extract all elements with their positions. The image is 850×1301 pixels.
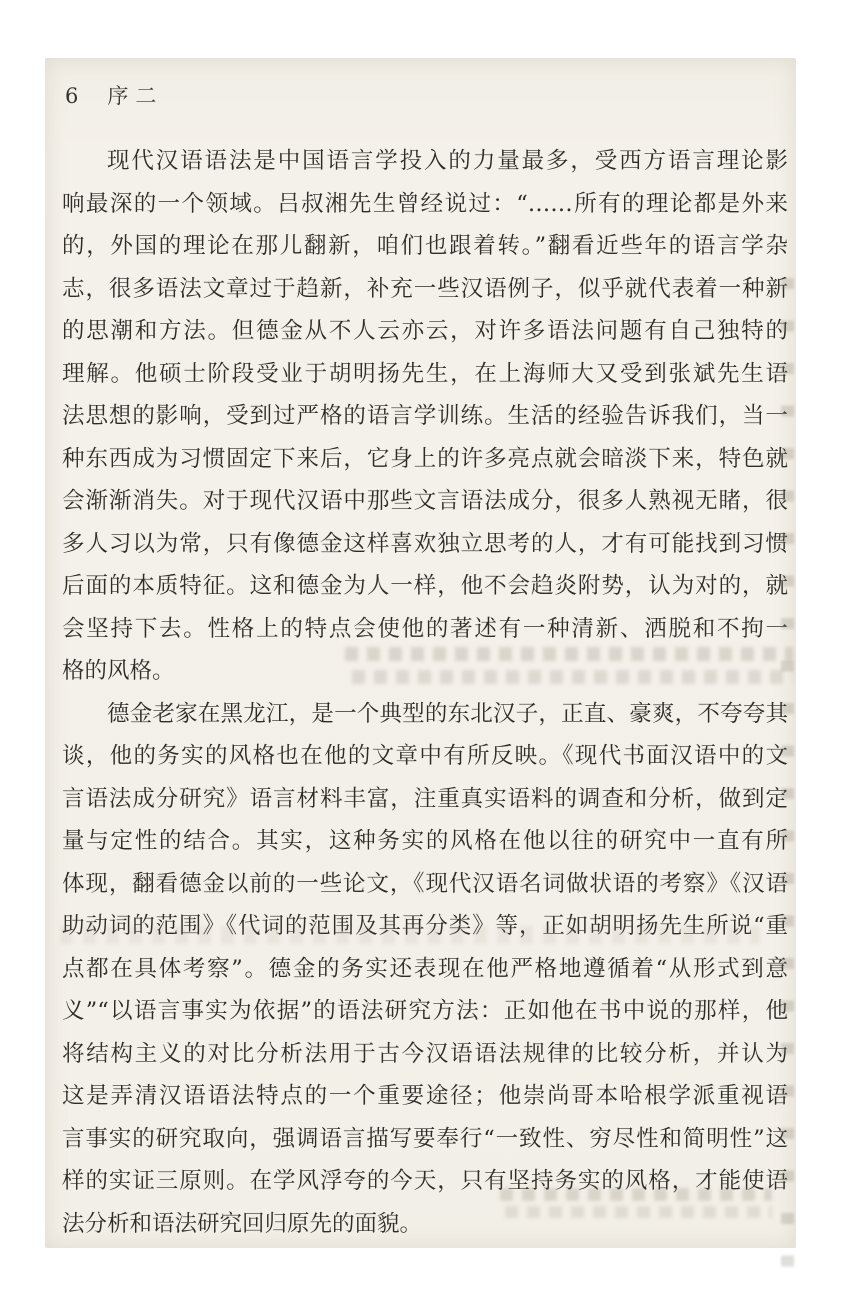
text-line: 义”“以语言事实为依据”的语法研究方法：正如他在书中说的那样，他 xyxy=(62,990,788,1033)
text-line: 格的风格。 xyxy=(62,650,788,693)
text-line: 会坚持下去。性格上的特点会使他的著述有一种清新、洒脱和不拘一 xyxy=(62,608,788,651)
text-line: 法分析和语法研究回归原先的面貌。 xyxy=(62,1203,788,1246)
text-line: 样的实证三原则。在学风浮夸的今天，只有坚持务实的风格，才能使语 xyxy=(62,1160,788,1203)
book-page: 6序二 现代汉语语法是中国语言学投入的力量最多，受西方语言理论影响最深的一个领域… xyxy=(45,58,796,1248)
text-line: 种东西成为习惯固定下来后，它身上的许多亮点就会暗淡下来，特色就 xyxy=(62,438,788,481)
section-title: 序二 xyxy=(107,80,163,110)
text-line: 这是弄清汉语语法特点的一个重要途径；他崇尚哥本哈根学派重视语 xyxy=(62,1075,788,1118)
text-line: 助动词的范围》《代词的范围及其再分类》等，正如胡明扬先生所说“重 xyxy=(62,905,788,948)
text-line: 将结构主义的对比分析法用于古今汉语语法规律的比较分析，并认为 xyxy=(62,1033,788,1076)
text-line: 点都在具体考察”。德金的务实还表现在他严格地遵循着“从形式到意 xyxy=(62,948,788,991)
text-line: 后面的本质特征。这和德金为人一样，他不会趋炎附势，认为对的，就 xyxy=(62,565,788,608)
text-line: 现代汉语语法是中国语言学投入的力量最多，受西方语言理论影 xyxy=(62,140,788,183)
scan-backdrop: 6序二 现代汉语语法是中国语言学投入的力量最多，受西方语言理论影响最深的一个领域… xyxy=(0,0,850,1301)
paragraph: 德金老家在黑龙江，是一个典型的东北汉子，正直、豪爽，不夸夸其谈，他的务实的风格也… xyxy=(62,693,788,1246)
text-line: 量与定性的结合。其实，这种务实的风格在他以往的研究中一直有所 xyxy=(62,820,788,863)
text-line: 言事实的研究取向，强调语言描写要奉行“一致性、穷尽性和简明性”这 xyxy=(62,1118,788,1161)
text-line: 法思想的影响，受到过严格的语言学训练。生活的经验告诉我们，当一 xyxy=(62,395,788,438)
text-line: 志，很多语法文章过于趋新，补充一些汉语例子，似乎就代表着一种新 xyxy=(62,268,788,311)
page-body: 现代汉语语法是中国语言学投入的力量最多，受西方语言理论影响最深的一个领域。吕叔湘… xyxy=(62,140,788,1245)
text-line: 理解。他硕士阶段受业于胡明扬先生，在上海师大又受到张斌先生语 xyxy=(62,353,788,396)
text-line: 言语法成分研究》语言材料丰富，注重真实语料的调查和分析，做到定 xyxy=(62,778,788,821)
text-line: 响最深的一个领域。吕叔湘先生曾经说过：“……所有的理论都是外来 xyxy=(62,183,788,226)
paragraph: 现代汉语语法是中国语言学投入的力量最多，受西方语言理论影响最深的一个领域。吕叔湘… xyxy=(62,140,788,693)
text-line: 谈，他的务实的风格也在他的文章中有所反映。《现代书面汉语中的文 xyxy=(62,735,788,778)
text-line: 德金老家在黑龙江，是一个典型的东北汉子，正直、豪爽，不夸夸其 xyxy=(62,693,788,736)
text-line: 会渐渐消失。对于现代汉语中那些文言语法成分，很多人熟视无睹，很 xyxy=(62,480,788,523)
page-number: 6 xyxy=(65,84,78,108)
text-line: 的思潮和方法。但德金从不人云亦云，对许多语法问题有自己独特的 xyxy=(62,310,788,353)
text-line: 的，外国的理论在那儿翻新，咱们也跟着转。”翻看近些年的语言学杂 xyxy=(62,225,788,268)
page-header: 6序二 xyxy=(65,80,163,110)
text-line: 体现，翻看德金以前的一些论文，《现代汉语名词做状语的考察》《汉语 xyxy=(62,863,788,906)
text-line: 多人习以为常，只有像德金这样喜欢独立思考的人，才有可能找到习惯 xyxy=(62,523,788,566)
